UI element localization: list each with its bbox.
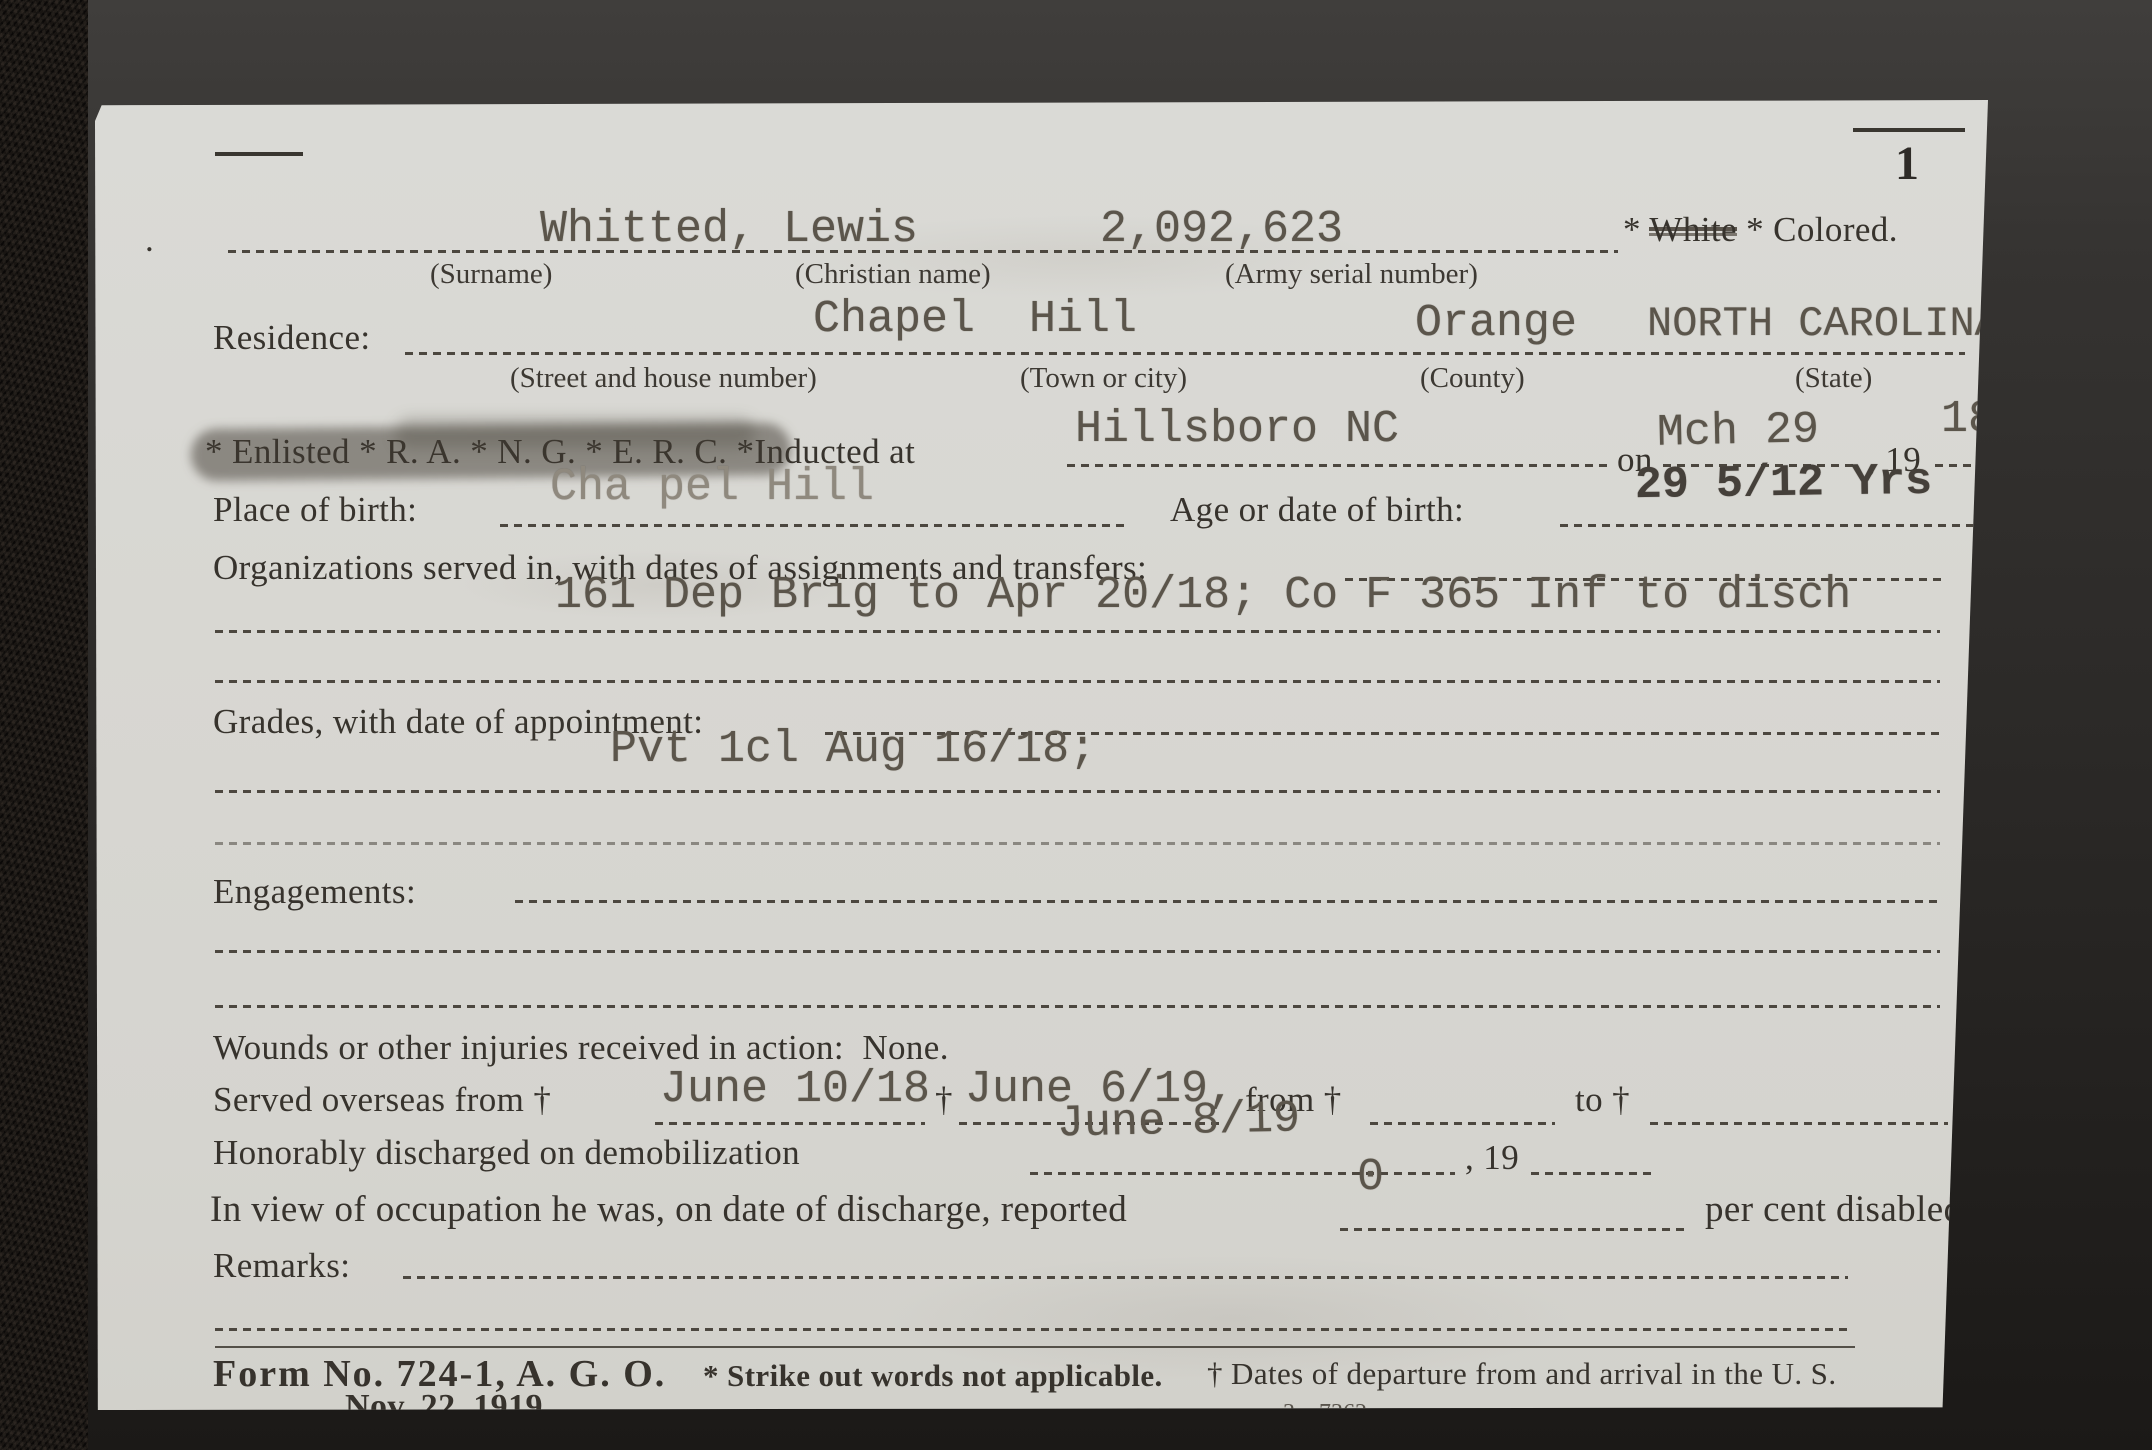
disability-label: In view of occupation he was, on date of… [210,1188,1127,1231]
disability-suffix: per cent disabled. [1705,1188,1972,1231]
discharge-label: Honorably discharged on demobilization [213,1133,800,1173]
page-number: 1 [1895,136,1919,191]
wounds-label: Wounds or other injuries received in act… [213,1028,844,1067]
inducted-place-line [1067,464,1607,467]
footer-solid-rule [215,1346,1855,1348]
overseas-to-label: to † [1575,1080,1630,1120]
strike-note: * Strike out words not applicable. [703,1358,1163,1394]
disability-line [1340,1228,1685,1231]
serial-label: (Army serial number) [1225,258,1478,291]
age-label: Age or date of birth: [1170,490,1464,530]
form-date: Nov. 22, 1919. [345,1388,552,1426]
age-value: 29 5/12 Yrs [1635,456,1933,511]
dagger-note: † Dates of departure from and arrival in… [1207,1356,1836,1392]
birth-place-value: Cha pel Hill [550,462,874,513]
county-label: (County) [1420,362,1525,395]
remarks-line [403,1276,1848,1279]
engagements-line-2 [215,950,1940,953]
scanned-card-background: 1 . Whitted, Lewis 2,092,623 * White * C… [0,0,2152,1450]
residence-county-value: Orange [1415,298,1577,349]
discharge-date-value: June 8/19 [1056,1093,1300,1149]
surname-label: (Surname) [430,258,552,291]
overseas-label: Served overseas from † [213,1080,551,1120]
discharge-line-1 [1030,1172,1455,1175]
service-record-card: 1 . Whitted, Lewis 2,092,623 * White * C… [95,100,1988,1410]
discharge-line-2 [1531,1172,1651,1175]
induction-year-value: 18 [1941,394,1995,445]
induction-year-line [1935,464,1991,467]
top-left-mark [215,152,303,156]
residence-label: Residence: [213,318,371,358]
grades-line-3 [215,842,1940,845]
footer-dotted-rule [215,1328,1850,1331]
overseas-from1-value: June 10/18 [660,1064,930,1115]
serial-value: 2,092,623 [1100,204,1343,255]
grades-line-2 [215,790,1940,793]
race-star: * [1623,210,1649,249]
residence-town-value: Chapel Hill [813,294,1137,345]
birth-place-line [500,524,1125,527]
discharge-year-label: , 19 [1465,1138,1519,1178]
induction-date-value: Mch 29 [1656,404,1819,458]
printer-code: 3—7362 [1283,1400,1367,1427]
overseas-line-3 [1370,1122,1555,1125]
engagements-label: Engagements: [213,872,416,912]
inducted-place-value: Hillsboro NC [1075,404,1399,455]
wounds-entry: None. [862,1028,949,1067]
engagements-line-1 [515,900,1940,903]
disability-value: 0 [1357,1152,1384,1203]
name-line [228,250,1618,253]
overseas-line-1 [655,1122,925,1125]
overseas-dagger: † [935,1080,953,1120]
overseas-line-4 [1650,1122,1948,1125]
wounds-row: Wounds or other injuries received in act… [213,1028,949,1068]
grades-entry: Pvt 1cl Aug 16/18; [610,724,1096,775]
remarks-label: Remarks: [213,1246,350,1286]
residence-state-value: NORTH CAROLINA [1647,300,2000,348]
residence-line [405,352,1965,355]
state-label: (State) [1795,362,1872,395]
lead-dot: . [145,220,154,260]
race-colored: * Colored. [1737,210,1898,249]
name-value: Whitted, Lewis [540,204,918,255]
street-label: (Street and house number) [510,362,817,395]
christian-label: (Christian name) [795,258,991,291]
race-white-struck: White [1649,210,1737,249]
town-label: (Town or city) [1020,362,1187,395]
birth-place-label: Place of birth: [213,490,417,530]
race-field: * White * Colored. [1623,210,1898,250]
age-line [1560,524,1990,527]
engagements-line-3 [215,1005,1940,1008]
pencil-smudge [395,418,755,448]
organizations-line-2 [215,630,1940,633]
organizations-line-3 [215,680,1940,683]
scan-left-border [0,0,88,1450]
page-number-rule [1853,128,1965,132]
organizations-entry: 161 Dep Brig to Apr 20/18; Co F 365 Inf … [555,570,1851,621]
